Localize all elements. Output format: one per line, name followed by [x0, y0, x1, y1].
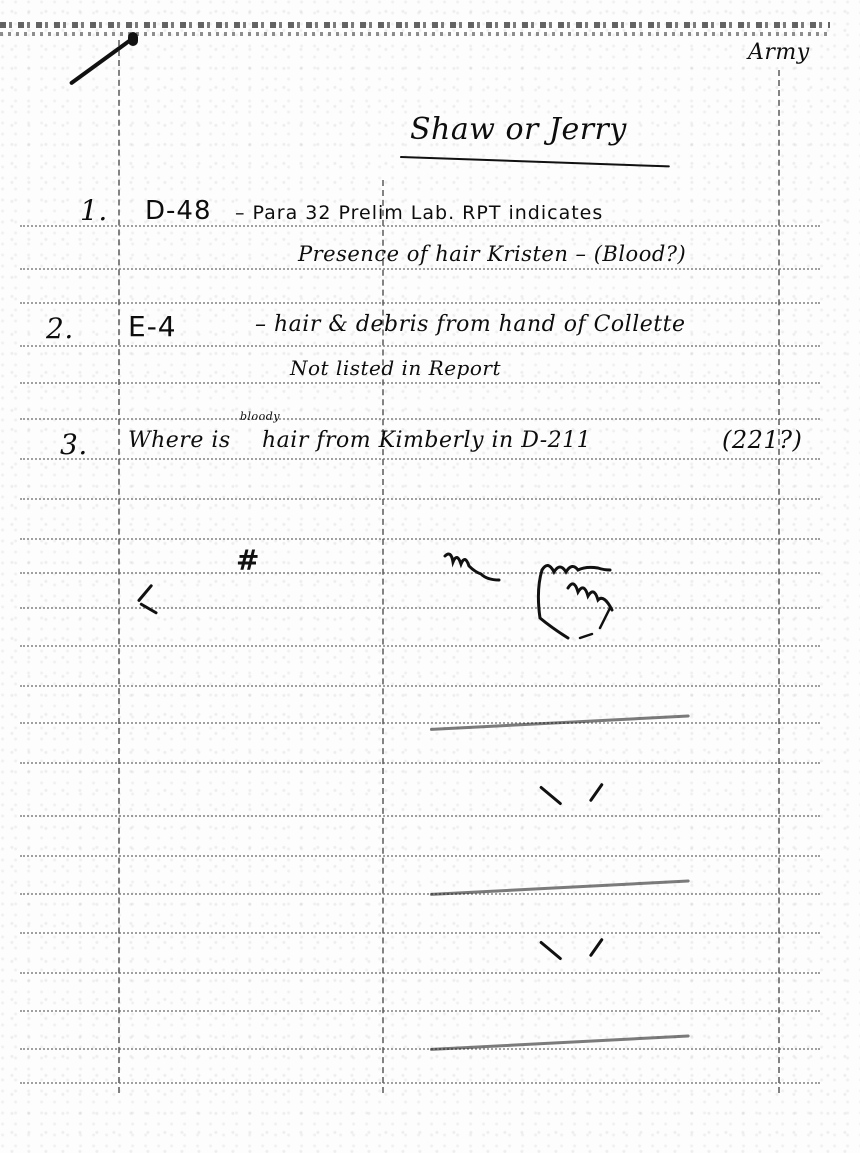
item-1-line-1: – Para 32 Prelim Lab. RPT indicates [235, 202, 603, 224]
item-2-line-1: – hair & debris from hand of Collette [255, 312, 685, 337]
scribble-initials-1 [440, 548, 520, 598]
ruled-line [20, 418, 820, 420]
check-stroke [539, 785, 562, 805]
ruled-line [20, 972, 820, 974]
item-3-line-1-pre: Where is [128, 428, 231, 453]
ruled-line [20, 1048, 820, 1050]
ruled-line [20, 458, 820, 460]
item-2-code: E-4 [128, 310, 177, 343]
ruled-line [20, 645, 820, 647]
signature: Shaw or Jerry [410, 112, 627, 147]
margin-line-right [778, 70, 780, 1093]
item-3-number: 3. [60, 428, 88, 461]
ruled-line [20, 855, 820, 857]
scan-noise-top-2 [0, 32, 830, 36]
pen-blot [128, 32, 138, 46]
ruled-line [20, 268, 820, 270]
scan-noise-top [0, 22, 830, 28]
ruled-line [20, 607, 820, 609]
margin-line-left [118, 40, 120, 1093]
item-1-number: 1. [80, 194, 108, 227]
check-stroke [539, 940, 562, 960]
ruled-line [20, 893, 820, 895]
ruled-line [20, 382, 820, 384]
corner-label: Army [748, 40, 810, 65]
item-2-number: 2. [46, 312, 74, 345]
ruled-line [20, 538, 820, 540]
scribble-initials-2 [530, 548, 640, 648]
hash-mark: # [236, 544, 259, 577]
ruled-line [20, 932, 820, 934]
caret-mark [137, 584, 153, 603]
ruled-line [20, 1082, 820, 1084]
ruled-line [20, 762, 820, 764]
item-1-code: D-48 [145, 196, 212, 226]
check-stroke [589, 938, 604, 958]
ruled-line [20, 685, 820, 687]
ruled-line [20, 498, 820, 500]
pen-stroke-top-left [69, 35, 136, 85]
item-3-superscript: bloody [240, 410, 280, 423]
scanned-page: Army Shaw or Jerry 1. D-48 – Para 32 Pre… [0, 0, 860, 1153]
item-3-note: (221?) [722, 426, 802, 454]
item-3-line-1-post: hair from Kimberly in D-211 [262, 428, 591, 453]
ruled-line [20, 1010, 820, 1012]
ruled-line [20, 722, 820, 724]
ruled-line [20, 225, 820, 227]
check-stroke [589, 783, 604, 803]
ruled-line [20, 815, 820, 817]
ruled-line [20, 572, 820, 574]
ruled-line [20, 302, 820, 304]
signature-underline [400, 156, 670, 167]
item-1-line-2: Presence of hair Kristen – (Blood?) [298, 242, 686, 266]
ruled-line [20, 345, 820, 347]
item-2-line-2: Not listed in Report [290, 356, 501, 380]
